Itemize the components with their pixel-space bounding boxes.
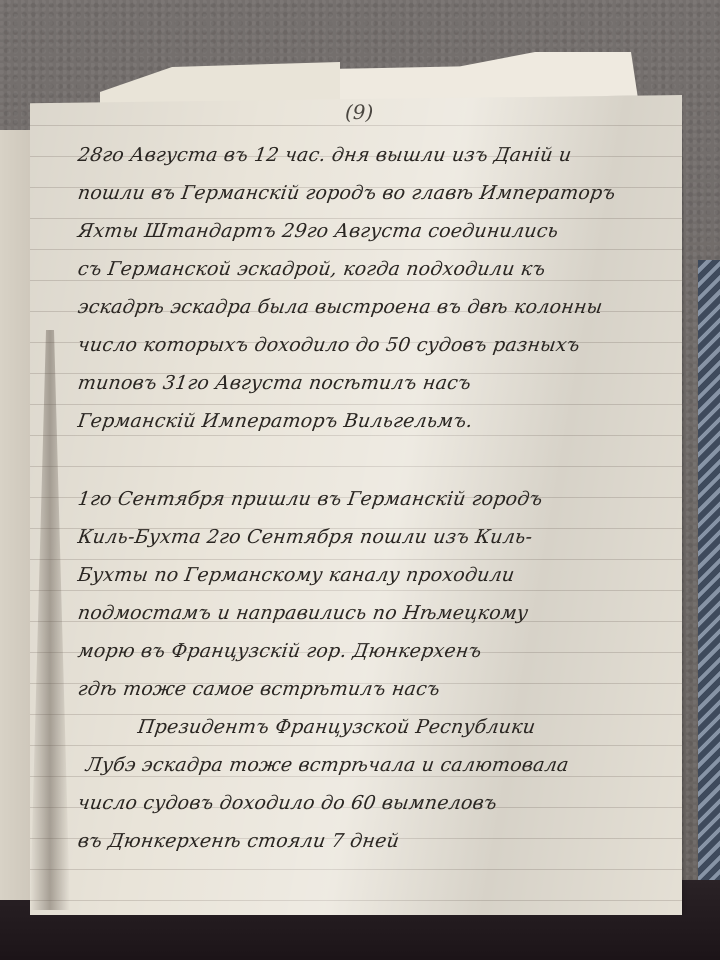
text-line: морю въ Французскій гор. Дюнкерхенъ [75,632,710,670]
blank-line [75,440,711,480]
text-line: 28го Августа въ 12 час. дня вышли изъ Да… [75,136,710,174]
text-line: типовъ 31го Августа посѣтилъ насъ [75,364,710,402]
text-line: эскадрѣ эскадра была выстроена въ двѣ ко… [75,288,710,326]
text-line: въ Дюнкерхенѣ стояли 7 дней [75,822,710,860]
text-line: Киль-Бухта 2го Сентября пошли изъ Киль- [75,518,710,556]
text-line: число которыхъ доходило до 50 судовъ раз… [75,326,710,364]
text-line: пошли въ Германскій городъ во главѣ Импе… [75,174,710,212]
text-line: Германскій Императоръ Вильгельмъ. [75,402,710,440]
text-line: Яхты Штандартъ 29го Августа соединились [75,212,710,250]
text-line: Бухты по Германскому каналу проходили [75,556,710,594]
text-line: подмостамъ и направились по Нѣмецкому [75,594,710,632]
page-number: (9) [345,100,373,124]
text-line: 1го Сентября пришли въ Германскій городъ [75,480,710,518]
handwritten-text: 28го Августа въ 12 час. дня вышли изъ Да… [78,136,708,860]
text-line: Лубэ эскадра тоже встрѣчала и салютовала [75,746,710,784]
text-line: гдѣ тоже самое встрѣтилъ насъ [75,670,710,708]
text-line: Президентъ Французской Республики [75,708,710,746]
text-line: съ Германской эскадрой, когда подходили … [75,250,710,288]
text-line: число судовъ доходило до 60 вымпеловъ [75,784,710,822]
